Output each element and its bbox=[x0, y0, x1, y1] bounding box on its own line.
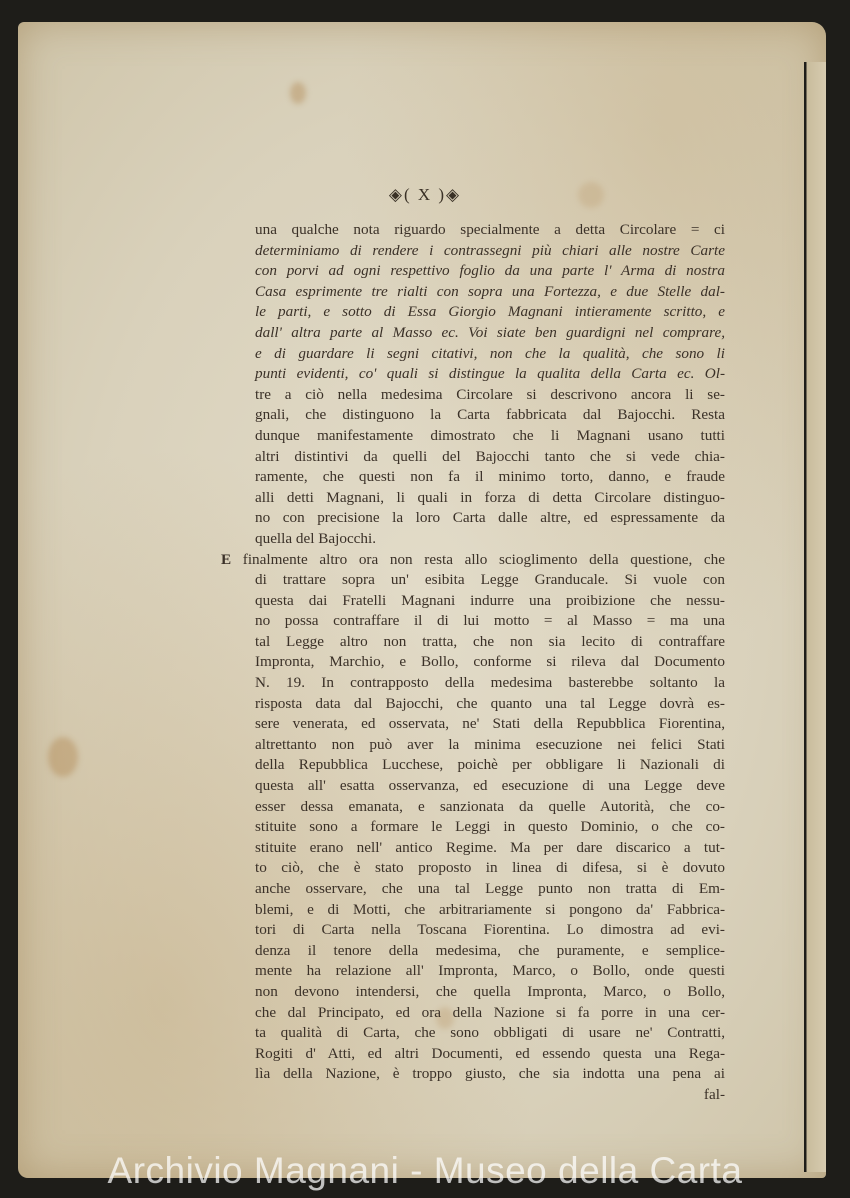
text-line: punti evidenti, co' quali si distingue l… bbox=[255, 364, 725, 385]
text-line: Casa esprimente tre rialti con sopra una… bbox=[255, 282, 725, 303]
text-line: N. 19. In contrapposto della medesima ba… bbox=[255, 673, 725, 694]
page-header: ◈( X )◈ bbox=[0, 185, 850, 205]
text-line: con porvi ad ogni respettivo foglio da u… bbox=[255, 261, 725, 282]
text-line: alli detti Magnani, li quali in forza di… bbox=[255, 488, 725, 509]
next-page-edge bbox=[804, 62, 826, 1172]
text-line: denza il tenore della medesima, che pura… bbox=[255, 941, 725, 962]
text-line: di trattare sopra un' esibita Legge Gran… bbox=[255, 570, 725, 591]
text-line: le parti, e sotto di Essa Giorgio Magnan… bbox=[255, 302, 725, 323]
text-line: anche osservare, che una tal Legge punto… bbox=[255, 879, 725, 900]
text-line: quella del Bajocchi. bbox=[255, 529, 725, 550]
text-line: tori di Carta nella Toscana Fiorentina. … bbox=[255, 920, 725, 941]
drop-letter: E bbox=[221, 551, 231, 568]
body-text: una qualche nota riguardo specialmente a… bbox=[255, 220, 725, 1106]
text-line: tre a ciò nella medesima Circolare si de… bbox=[255, 385, 725, 406]
text-line: no possa contraffare il di lui motto = a… bbox=[255, 611, 725, 632]
stain bbox=[48, 737, 78, 777]
stain bbox=[290, 82, 306, 104]
text-line: lìa della Nazione, è troppo giusto, che … bbox=[255, 1064, 725, 1085]
text-line: ramente, che questi non fa il minimo tor… bbox=[255, 467, 725, 488]
text-line: e di guardare li segni citativi, non che… bbox=[255, 344, 725, 365]
text-line: che dal Principato, ed ora della Nazione… bbox=[255, 1003, 725, 1024]
text-line: risposta data dal Bajocchi, che quanto u… bbox=[255, 694, 725, 715]
text-line: no con precisione la loro Carta dalle al… bbox=[255, 508, 725, 529]
text-line: dunque manifestamente dimostrato che li … bbox=[255, 426, 725, 447]
text-line: Impronta, Marchio, e Bollo, conforme si … bbox=[255, 652, 725, 673]
text-line: esser dessa emanata, e sanzionata da que… bbox=[255, 797, 725, 818]
text-line: stituite erano nell' antico Regime. Ma p… bbox=[255, 838, 725, 859]
text-line: gnali, che distinguono la Carta fabbrica… bbox=[255, 405, 725, 426]
text-line: dall' altra parte al Masso ec. Voi siate… bbox=[255, 323, 725, 344]
text-line: stituite sono a formare le Leggi in ques… bbox=[255, 817, 725, 838]
text-line: determiniamo di rendere i contrassegni p… bbox=[255, 241, 725, 262]
text-line: altrettanto non può aver la minima esecu… bbox=[255, 735, 725, 756]
catchword: fal- bbox=[255, 1085, 725, 1106]
text-line: della Repubblica Lucchese, poichè per ob… bbox=[255, 755, 725, 776]
text-line: sere venerata, ed osservata, ne' Stati d… bbox=[255, 714, 725, 735]
paragraph-start: E finalmente altro ora non resta allo sc… bbox=[221, 550, 725, 571]
text-line: questa dai Fratelli Magnani indurre una … bbox=[255, 591, 725, 612]
text-line: ta qualità di Carta, che sono obbligati … bbox=[255, 1023, 725, 1044]
text-line: finalmente altro ora non resta allo scio… bbox=[243, 551, 725, 568]
text-line: mente ha relazione all' Impronta, Marco,… bbox=[255, 961, 725, 982]
text-line: to ciò, che è stato proposto in linea di… bbox=[255, 858, 725, 879]
text-line: Rogiti d' Atti, ed altri Documenti, ed e… bbox=[255, 1044, 725, 1065]
text-line: una qualche nota riguardo specialmente a… bbox=[255, 220, 725, 241]
text-line: blemi, e di Motti, che arbitrariamente s… bbox=[255, 900, 725, 921]
text-line: questa all' esatta osservanza, ed esecuz… bbox=[255, 776, 725, 797]
text-line: tal Legge altro non tratta, che non sia … bbox=[255, 632, 725, 653]
text-line: non devono intendersi, che quella Impron… bbox=[255, 982, 725, 1003]
archive-watermark: Archivio Magnani - Museo della Carta bbox=[0, 1150, 850, 1192]
text-line: altri distintivi da quelli del Bajocchi … bbox=[255, 447, 725, 468]
